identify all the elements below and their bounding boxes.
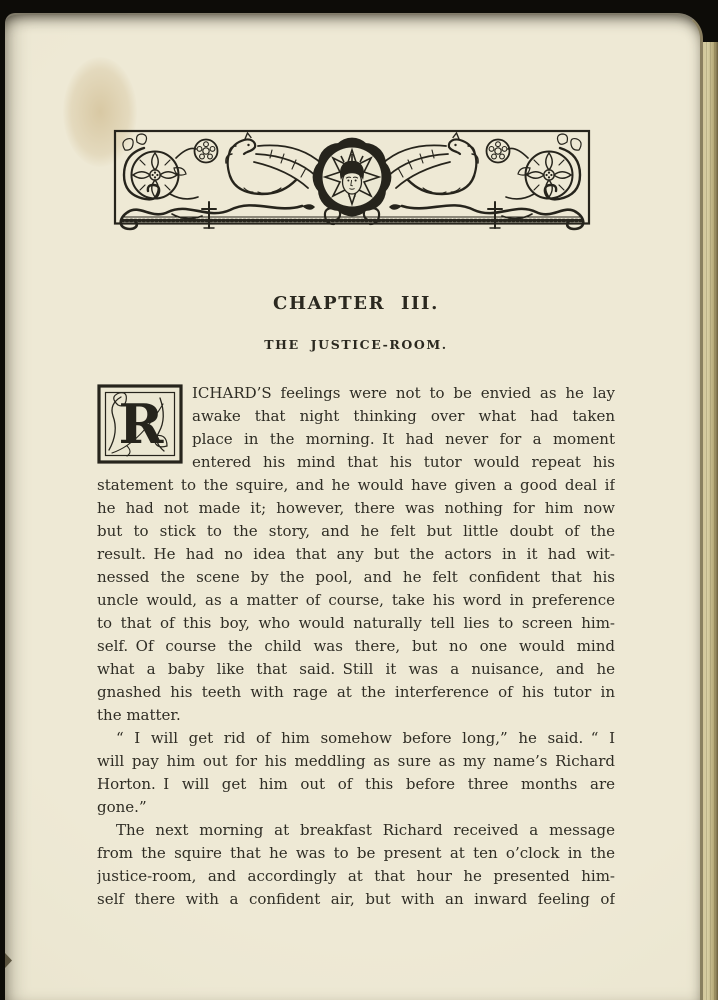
paragraph: “ I will get rid of him somehow before l…	[97, 727, 615, 819]
book-page: CHAPTER III. THE JUSTICE-ROOM.	[5, 13, 703, 1000]
text-line: “ I will get rid of him somehow before l…	[97, 727, 615, 750]
text-line: awake that night thinking over what had …	[192, 405, 615, 428]
text-line: ICHARD’S feelings were not to be envied …	[192, 382, 615, 405]
text-line: to that of this boy, who would naturally…	[97, 612, 615, 635]
text-line: self. Of course the child was there, but…	[97, 635, 615, 658]
winged-seahorse-and-rosettes	[121, 133, 322, 229]
drop-cap-letter: R	[119, 392, 165, 456]
text-line: place in the morning. It had never for a…	[192, 428, 615, 451]
text-line: The next morning at breakfast Richard re…	[97, 819, 615, 842]
text-line: result. He had no idea that any but the …	[97, 543, 615, 566]
paragraph: The next morning at breakfast Richard re…	[97, 819, 615, 911]
text-line: from the squire that he was to be presen…	[97, 842, 615, 865]
drop-cap-engraving: R	[97, 384, 183, 464]
chapter-heading: CHAPTER III.	[97, 293, 615, 314]
text-line: nessed the scene by the pool, and he fel…	[97, 566, 615, 589]
text-line: he had not made it; however, there was n…	[97, 497, 615, 520]
small-rosette	[195, 140, 218, 163]
text-line: self there with a confident air, but wit…	[97, 888, 615, 911]
book-page-edges	[702, 42, 718, 1000]
chapter-headpiece	[112, 128, 592, 235]
text-line: will pay him out for his meddling as sur…	[97, 750, 615, 773]
photographed-book-scene: CHAPTER III. THE JUSTICE-ROOM.	[0, 0, 718, 1000]
text-line: entered his mind that his tutor would re…	[192, 451, 615, 474]
text-line: statement to the squire, and he would ha…	[97, 474, 615, 497]
text-line: gnashed his teeth with rage at the inter…	[97, 681, 615, 704]
seahorse-neck	[228, 139, 255, 176]
text-line: gone.”	[97, 796, 615, 819]
text-line: uncle would, as a matter of course, take…	[97, 589, 615, 612]
drop-cap-initial: R	[97, 384, 183, 464]
text-line: the matter.	[97, 704, 615, 727]
section-heading: THE JUSTICE-ROOM.	[97, 337, 615, 352]
quatrefoil-rosette	[132, 152, 179, 199]
text-line: what a baby like that said. Still it was…	[97, 658, 615, 681]
text-line: but to stick to the story, and he felt b…	[97, 520, 615, 543]
paragraph: R ICHARD’S feelings were not to be envie…	[97, 382, 615, 727]
body-text: R ICHARD’S feelings were not to be envie…	[97, 382, 615, 911]
page-edge-mark	[5, 953, 12, 968]
text-line: justice-room, and accordingly at that ho…	[97, 865, 615, 888]
headpiece-engraving	[112, 128, 592, 235]
sun-face-medallion	[304, 129, 400, 225]
text-line: Horton. I will get him out of this befor…	[97, 773, 615, 796]
